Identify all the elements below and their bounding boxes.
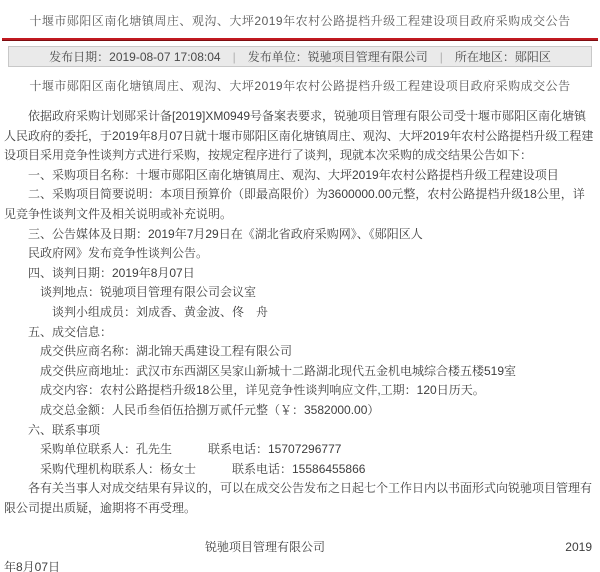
document-body: 依据政府采购计划郧采计备[2019]XM0949号备案表要求，锐驰项目管理有限公…	[0, 94, 600, 518]
section-award-info: 五、成交信息：	[4, 323, 596, 343]
separator-icon: |	[233, 50, 236, 64]
award-supplier-name: 成交供应商名称：湖北锦天禹建设工程有限公司	[4, 342, 596, 362]
award-total-amount: 成交总金额：人民币叁佰伍拾捌万贰仟元整（￥：3582000.00）	[4, 401, 596, 421]
announcement-page: 十堰市郧阳区南化塘镇周庄、观沟、大坪2019年农村公路提档升级工程建设项目政府采…	[0, 0, 600, 572]
award-content: 成交内容：农村公路提档升级18公里，详见竞争性谈判响应文件,工期：120日历天。	[4, 381, 596, 401]
publisher: 发布单位：锐驰项目管理有限公司	[248, 48, 428, 65]
agency-contact: 采购代理机构联系人：杨女士 联系电话：15586455866	[4, 460, 596, 480]
footer-signature: 锐驰项目管理有限公司	[205, 540, 325, 554]
publish-date: 发布日期：2019-08-07 17:08:04	[49, 48, 220, 65]
section-contact: 六、联系事项	[4, 421, 596, 441]
objection-notice: 各有关当事人对成交结果有异议的，可以在成交公告发布之日起七个工作日内以书面形式向…	[4, 479, 596, 518]
award-supplier-address: 成交供应商地址：武汉市东西湖区吴家山新城十二路湖北现代五金机电城综合楼五楼519…	[4, 362, 596, 382]
negotiation-location: 谈判地点：锐驰项目管理有限公司会议室	[4, 283, 596, 303]
red-divider	[2, 38, 598, 41]
purchaser-contact: 采购单位联系人：孔先生 联系电话：15707296777	[4, 440, 596, 460]
region: 所在地区：郧阳区	[455, 48, 551, 65]
meta-bar: 发布日期：2019-08-07 17:08:04 | 发布单位：锐驰项目管理有限…	[8, 46, 592, 67]
section-negotiation-date: 四、谈判日期：2019年8月07日	[4, 264, 596, 284]
section-announcement-media: 三、公告媒体及日期：2019年7月29日在《湖北省政府采购网》、《郧阳区人 民政…	[4, 225, 596, 264]
document-title: 十堰市郧阳区南化塘镇周庄、观沟、大坪2019年农村公路提档升级工程建设项目政府采…	[0, 77, 600, 94]
footer-signature-line: 锐驰项目管理有限公司 2019	[0, 538, 600, 558]
section-project-summary: 二、采购项目简要说明：本项目预算价（即最高限价）为3600000.00元整，农村…	[4, 185, 596, 224]
footer-year: 2019	[565, 538, 592, 558]
page-title: 十堰市郧阳区南化塘镇周庄、观沟、大坪2019年农村公路提档升级工程建设项目政府采…	[0, 0, 600, 29]
negotiation-panel-members: 谈判小组成员：刘成香、黄金波、佟 舟	[4, 303, 596, 323]
footer-date: 年8月07日	[0, 558, 600, 572]
separator-icon: |	[440, 50, 443, 64]
intro-paragraph: 依据政府采购计划郧采计备[2019]XM0949号备案表要求，锐驰项目管理有限公…	[4, 107, 596, 166]
section-project-name: 一、采购项目名称：十堰市郧阳区南化塘镇周庄、观沟、大坪2019年农村公路提档升级…	[4, 166, 596, 186]
